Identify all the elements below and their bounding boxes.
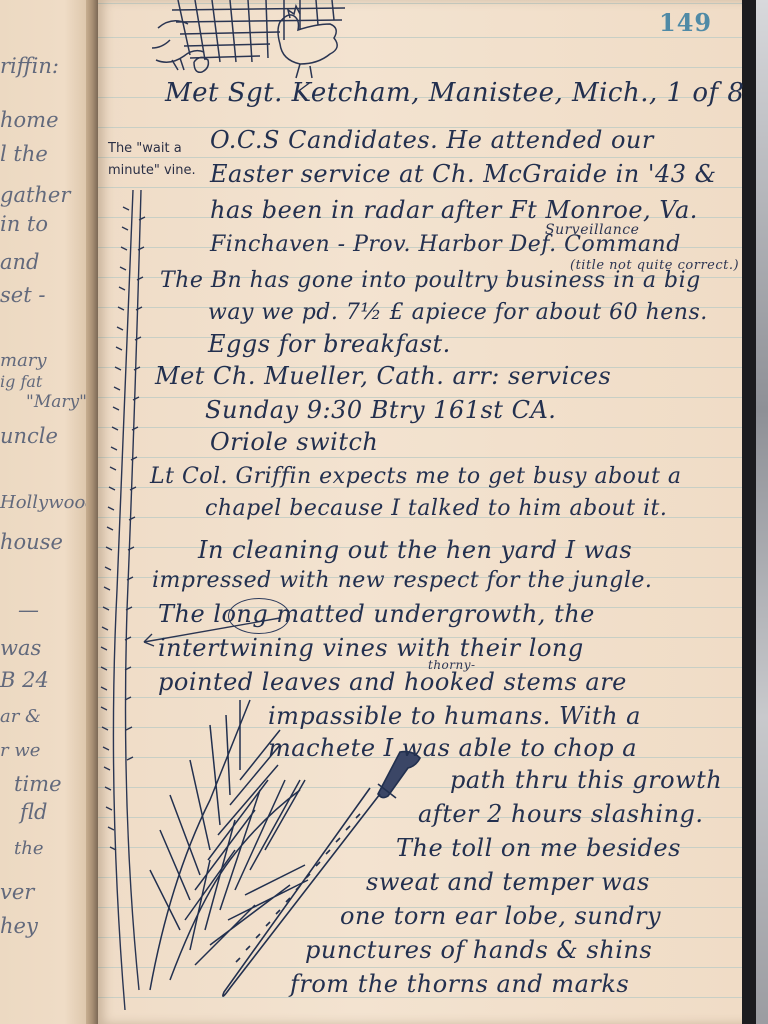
notebook-photo: riffin: home l the gather in to and set … bbox=[0, 0, 768, 1024]
left-fragment: set - bbox=[0, 283, 45, 307]
page-number: 149 bbox=[659, 8, 712, 37]
left-fragment: ig fat bbox=[0, 372, 42, 391]
left-fragment: l the bbox=[0, 142, 48, 166]
left-fragment: and bbox=[0, 250, 40, 274]
journal-line: path thru this growth bbox=[450, 766, 722, 794]
journal-line: Finchaven - Prov. Harbor Def. Command bbox=[210, 232, 681, 257]
journal-line: has been in radar after Ft Monroe, Va. bbox=[210, 196, 698, 224]
left-fragment: fld bbox=[20, 800, 47, 824]
journal-line: after 2 hours slashing. bbox=[418, 800, 704, 828]
journal-line: one torn ear lobe, sundry bbox=[340, 902, 661, 930]
left-fragment: riffin: bbox=[0, 54, 59, 78]
left-fragment: hey bbox=[0, 914, 38, 938]
journal-line: punctures of hands & shins bbox=[305, 936, 652, 964]
journal-line: Eggs for breakfast. bbox=[208, 330, 451, 358]
journal-line: from the thorns and marks bbox=[290, 970, 629, 998]
journal-line: chapel because I talked to him about it. bbox=[205, 496, 667, 521]
journal-line: impressed with new respect for the jungl… bbox=[152, 568, 652, 593]
left-fragment: r we bbox=[0, 740, 40, 761]
journal-line: O.C.S Candidates. He attended our bbox=[210, 126, 654, 154]
left-facing-page: riffin: home l the gather in to and set … bbox=[0, 0, 92, 1024]
left-fragment: ar & bbox=[0, 706, 41, 727]
journal-line: pointed leaves and hooked stems are bbox=[158, 668, 627, 696]
journal-line: intertwining vines with their long bbox=[158, 634, 584, 662]
left-fragment: ver bbox=[0, 880, 34, 904]
journal-line: In cleaning out the hen yard I was bbox=[198, 536, 632, 564]
left-fragment: time bbox=[14, 772, 62, 796]
left-fragment: Hollywood" bbox=[0, 492, 92, 513]
left-fragment: was bbox=[0, 636, 41, 660]
left-fragment: house bbox=[0, 530, 63, 554]
book-cover-edge bbox=[742, 0, 756, 1024]
journal-line: Met Sgt. Ketcham, Manistee, Mich., 1 of … bbox=[165, 78, 744, 108]
journal-line: machete I was able to chop a bbox=[268, 734, 637, 762]
left-fragment: uncle bbox=[0, 424, 58, 448]
journal-line: Easter service at Ch. McGraide in '43 & bbox=[210, 160, 716, 188]
left-fragment: mary bbox=[0, 350, 47, 371]
margin-note: The "wait a minute" vine. bbox=[108, 138, 196, 182]
journal-line: The Bn has gone into poultry business in… bbox=[160, 268, 701, 293]
journal-line: way we pd. 7½ £ apiece for about 60 hens… bbox=[208, 300, 708, 325]
left-fragment: in to bbox=[0, 212, 48, 236]
left-fragment: B 24 bbox=[0, 668, 49, 692]
left-fragment: home bbox=[0, 108, 59, 132]
left-fragment: "Mary" bbox=[26, 392, 87, 412]
journal-line: sweat and temper was bbox=[366, 868, 650, 896]
journal-line: Lt Col. Griffin expects me to get busy a… bbox=[150, 464, 682, 489]
margin-note-line: The "wait a bbox=[108, 138, 196, 160]
left-fragment: the bbox=[14, 838, 43, 859]
left-fragment: — bbox=[18, 598, 39, 622]
journal-line: Met Ch. Mueller, Cath. arr: services bbox=[155, 362, 611, 390]
journal-line: The long matted undergrowth, the bbox=[158, 600, 595, 628]
journal-line: Sunday 9:30 Btry 161st CA. bbox=[205, 396, 556, 424]
journal-line: impassible to humans. With a bbox=[268, 702, 641, 730]
background-surface bbox=[756, 0, 768, 1024]
hen-coop-sketch-icon bbox=[150, 0, 365, 80]
left-fragment: gather bbox=[0, 183, 70, 207]
journal-line: The toll on me besides bbox=[396, 834, 681, 862]
journal-line: Oriole switch bbox=[210, 428, 378, 456]
margin-note-line: minute" vine. bbox=[108, 160, 196, 182]
